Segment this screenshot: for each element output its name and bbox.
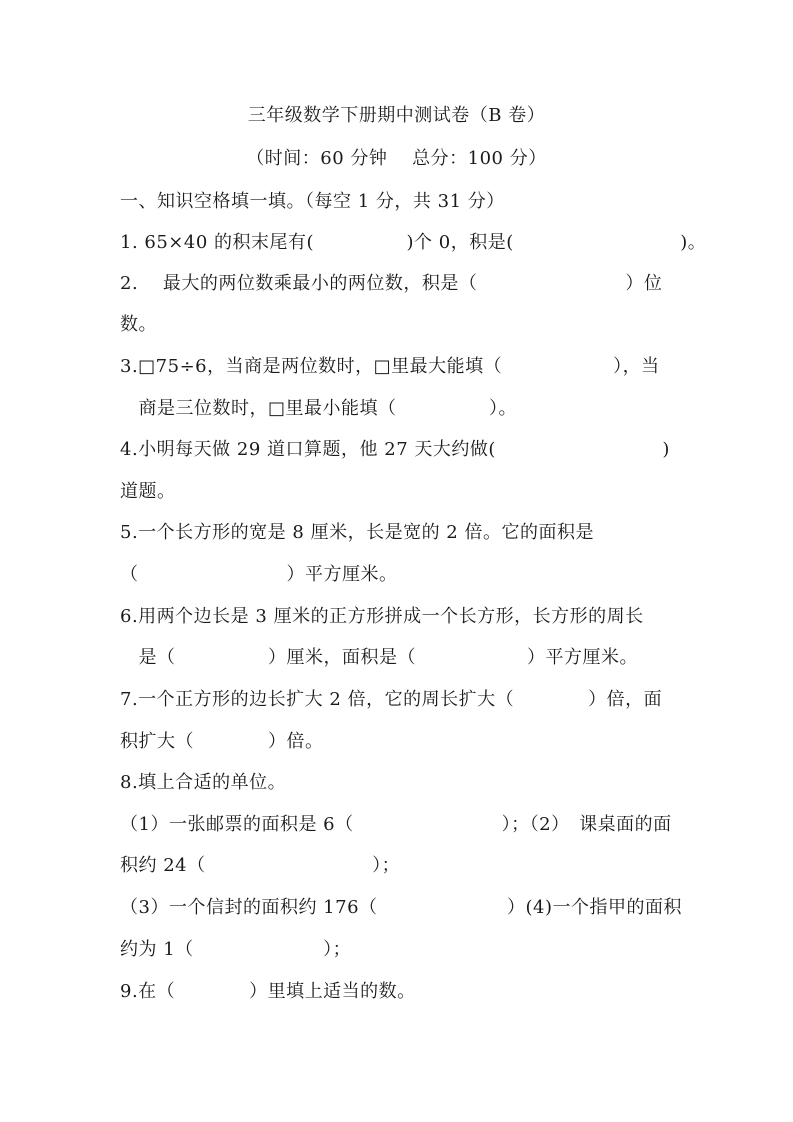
question-8-line-2: （1）一张邮票的面积是 6（ ）；（2） 课桌面的面 [120,813,672,837]
question-4-line-1: 4.小明每天做 29 道口算题，他 27 天大约做( ) [120,438,670,462]
question-7-line-2: 积扩大（ ）倍。 [120,730,324,754]
exam-page: 三年级数学下册期中测试卷（B 卷） （时间：60 分钟 总分：100 分） 一、… [0,0,793,1122]
question-2-line-1: 2. 最大的两位数乘最小的两位数，积是（ ）位 [120,272,662,296]
exam-title: 三年级数学下册期中测试卷（B 卷） [0,104,793,128]
question-3-line-1: 3.□75÷6，当商是两位数时，□里最大能填（ ），当 [120,355,660,379]
question-8-line-5: 约为 1（ ）； [120,938,351,962]
question-9-line-1: 9.在（ ）里填上适当的数。 [120,980,416,1004]
question-5-line-1: 5.一个长方形的宽是 8 厘米，长是宽的 2 倍。它的面积是 [120,521,594,545]
question-6-line-1: 6.用两个边长是 3 厘米的正方形拼成一个长方形，长方形的周长 [120,605,644,629]
question-7-line-1: 7.一个正方形的边长扩大 2 倍，它的周长扩大（ ）倍，面 [120,688,662,712]
question-8-line-3: 积约 24（ ）； [120,854,400,878]
section-heading: 一、知识空格填一填。（每空 1 分，共 31 分） [120,190,505,214]
question-5-line-2: （ ）平方厘米。 [120,563,398,587]
exam-subtitle: （时间：60 分钟 总分：100 分） [0,147,793,171]
question-3-line-2: 商是三位数时，□里最小能填（ ）。 [120,397,517,421]
question-8-line-4: （3）一个信封的面积约 176（ ）(4)一个指甲的面积 [120,896,682,920]
question-8-line-1: 8.填上合适的单位。 [120,771,286,795]
question-6-line-2: 是（ ）厘米，面积是（ ）平方厘米。 [120,646,638,670]
question-1-line-1: 1. 65×40 的积末尾有( )个 0，积是( )。 [120,231,706,255]
question-4-line-2: 道题。 [120,480,176,504]
question-2-line-2: 数。 [120,313,157,337]
